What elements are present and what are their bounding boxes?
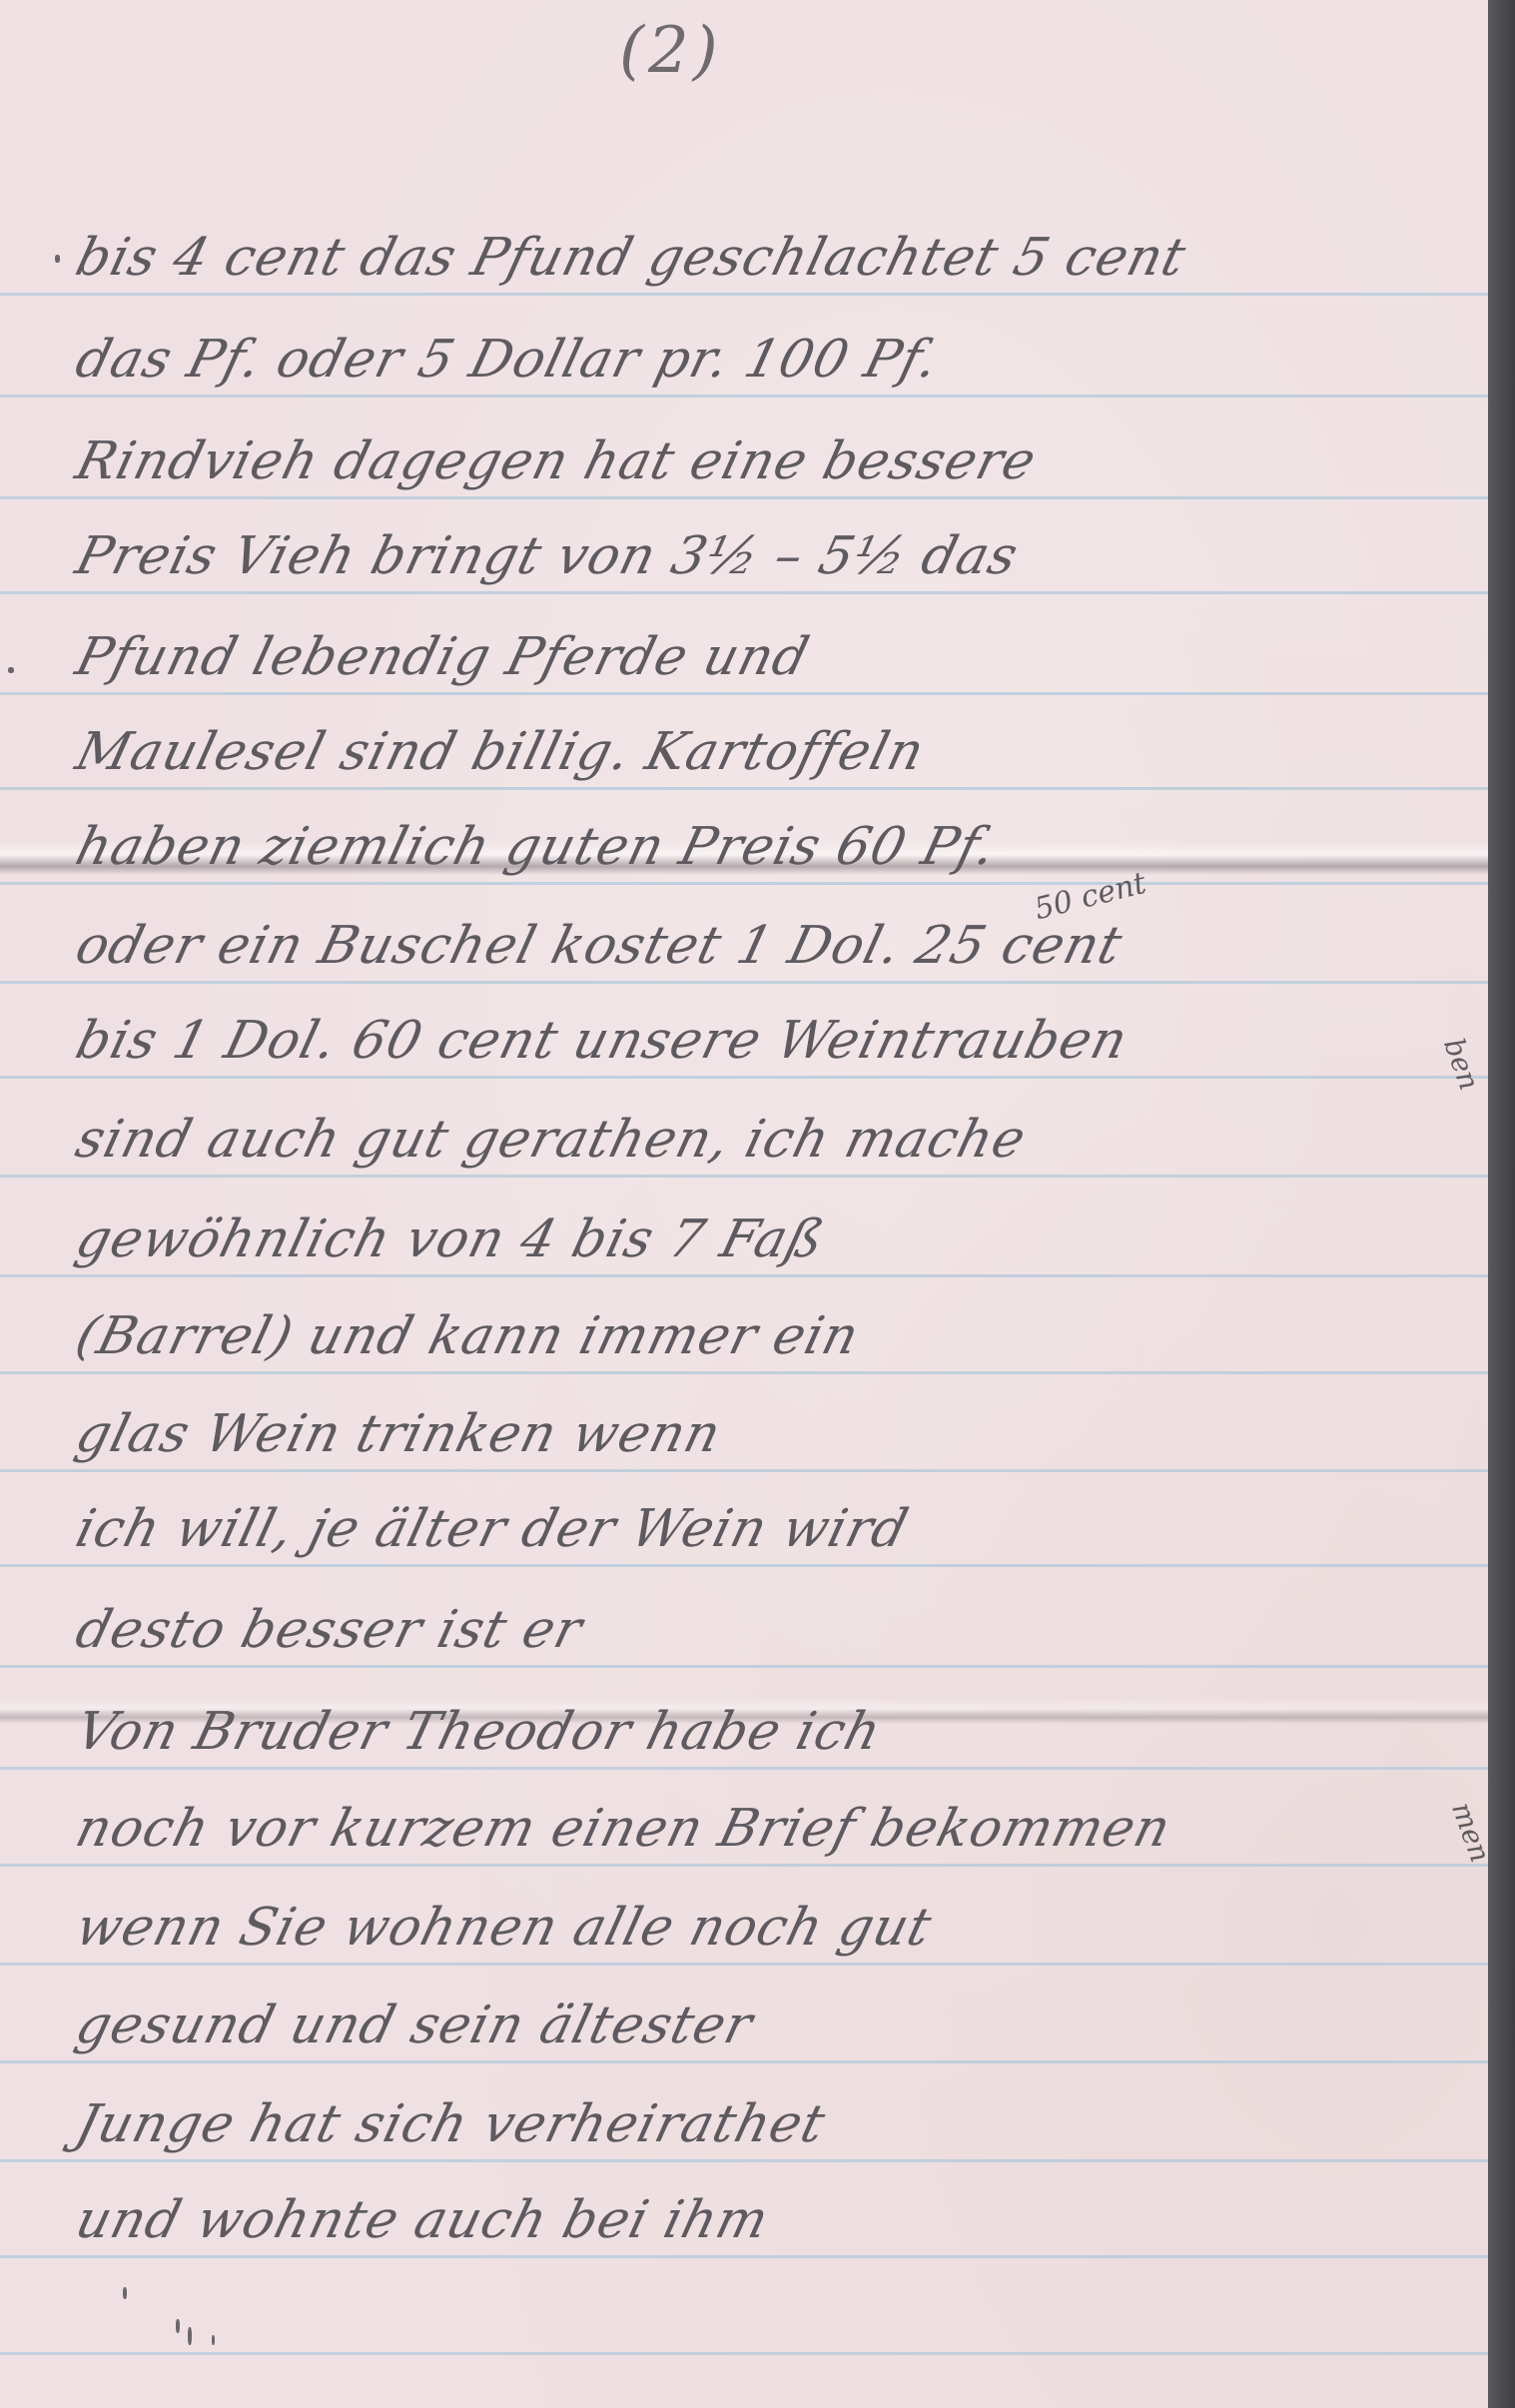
handwritten-line: Preis Vieh bringt von 3½ – 5½ das (70, 526, 1483, 586)
handwritten-line: oder ein Buschel kostet 1 Dol. 25 cent (70, 916, 1483, 976)
ruled-line (0, 1274, 1488, 1277)
ruled-line (0, 981, 1488, 984)
ink-speck (123, 2287, 127, 2299)
ruled-line (0, 1963, 1488, 1966)
ruled-line (0, 1767, 1488, 1770)
handwritten-line: haben ziemlich guten Preis 60 Pf. (70, 817, 1483, 877)
handwritten-line: desto besser ist er (70, 1600, 1483, 1660)
ruled-line (0, 2255, 1488, 2258)
ruled-line (0, 2352, 1488, 2355)
handwritten-line: noch vor kurzem einen Brief bekommen (70, 1799, 1483, 1859)
handwritten-line: Von Bruder Theodor habe ich (70, 1702, 1483, 1762)
ruled-line (0, 1469, 1488, 1472)
ruled-line (0, 1864, 1488, 1867)
handwritten-line: gesund und sein ältester (70, 1996, 1483, 2055)
handwritten-line: gewöhnlich von 4 bis 7 Faß (70, 1209, 1483, 1269)
handwritten-line: Rindvieh dagegen hat eine bessere (70, 431, 1483, 491)
handwritten-line: ich will, je älter der Wein wird (70, 1499, 1483, 1559)
ruled-line (0, 395, 1488, 398)
ruled-line (0, 1371, 1488, 1374)
handwritten-line: glas Wein trinken wenn (70, 1404, 1483, 1464)
ruled-line (0, 293, 1488, 296)
ruled-line (0, 787, 1488, 790)
scan-background-edge (1488, 0, 1515, 2408)
handwritten-line: (Barrel) und kann immer ein (70, 1306, 1483, 1366)
ruled-line (0, 692, 1488, 695)
ruled-line (0, 882, 1488, 885)
ruled-line (0, 1076, 1488, 1079)
ruled-line (0, 1175, 1488, 1178)
handwritten-line: bis 4 cent das Pfund geschlachtet 5 cent (70, 228, 1483, 288)
ink-speck (176, 2319, 180, 2333)
ink-speck (212, 2335, 215, 2345)
ruled-line (0, 591, 1488, 594)
handwritten-line: Pfund lebendig Pferde und (70, 627, 1483, 687)
margin-overflow-text: ben (1437, 1034, 1486, 1095)
ruled-line (0, 2159, 1488, 2162)
handwritten-line: wenn Sie wohnen alle noch gut (70, 1898, 1483, 1958)
page-number: (2) (619, 14, 722, 88)
ruled-line (0, 1564, 1488, 1567)
handwritten-line: und wohnte auch bei ihm (70, 2190, 1483, 2250)
ink-speck (188, 2327, 192, 2345)
handwritten-line: sind auch gut gerathen, ich mache (70, 1110, 1483, 1170)
letter-page: (2) bis 4 cent das Pfund geschlachtet 5 … (0, 0, 1488, 2408)
ruled-line (0, 2060, 1488, 2063)
handwritten-line: bis 1 Dol. 60 cent unsere Weintrauben (70, 1011, 1483, 1071)
ink-speck (8, 667, 14, 673)
handwritten-line: das Pf. oder 5 Dollar pr. 100 Pf. (70, 330, 1483, 390)
ruled-line (0, 1665, 1488, 1668)
ruled-line (0, 496, 1488, 499)
handwritten-line: Junge hat sich verheirathet (70, 2094, 1483, 2154)
ink-speck (55, 255, 60, 263)
handwritten-line: Maulesel sind billig. Kartoffeln (70, 722, 1483, 782)
